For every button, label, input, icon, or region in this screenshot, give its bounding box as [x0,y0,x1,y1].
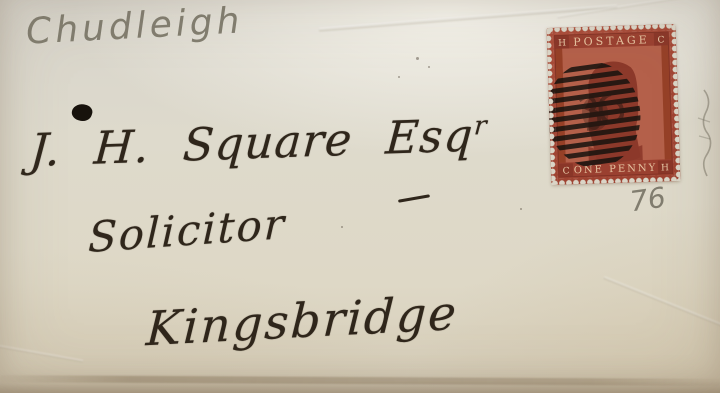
paper-speck [416,57,419,60]
paper-speck [520,208,522,210]
bottom-edge-shadow [0,381,720,393]
ink-blot [70,101,94,123]
corner-letter-tl: H [558,38,566,48]
crease-bottom-right [603,276,720,335]
stamp-engraving: POSTAGE ONE PENNY H C C H [547,24,681,185]
pencil-annotation-number: 76 [628,181,668,219]
address-line-occupation: Solicitor [87,199,286,262]
paper-speck [341,226,343,228]
paper-speck [398,76,400,78]
stamp-top-label: POSTAGE [573,33,650,48]
penny-red-stamp: POSTAGE ONE PENNY H C C H [547,24,681,185]
paper-speck [428,66,430,68]
envelope-photo: Chudleigh 76 J. H. Square Esqr Solicitor… [0,0,720,393]
address-line-town: Kingsbridge [145,286,460,358]
recipient-name: J. H. Square Esq [28,108,475,177]
esquire-superscript: r [473,111,489,142]
corner-letter-tr: C [657,35,664,45]
pencil-scribble [690,84,718,184]
crease-bottom-left [0,344,84,363]
corner-letter-bl: C [562,166,569,176]
underline-flourish [398,194,430,203]
corner-letter-br: H [661,163,669,173]
pencil-annotation-town: Chudleigh [25,0,244,52]
address-line-recipient: J. H. Square Esqr [28,108,489,177]
